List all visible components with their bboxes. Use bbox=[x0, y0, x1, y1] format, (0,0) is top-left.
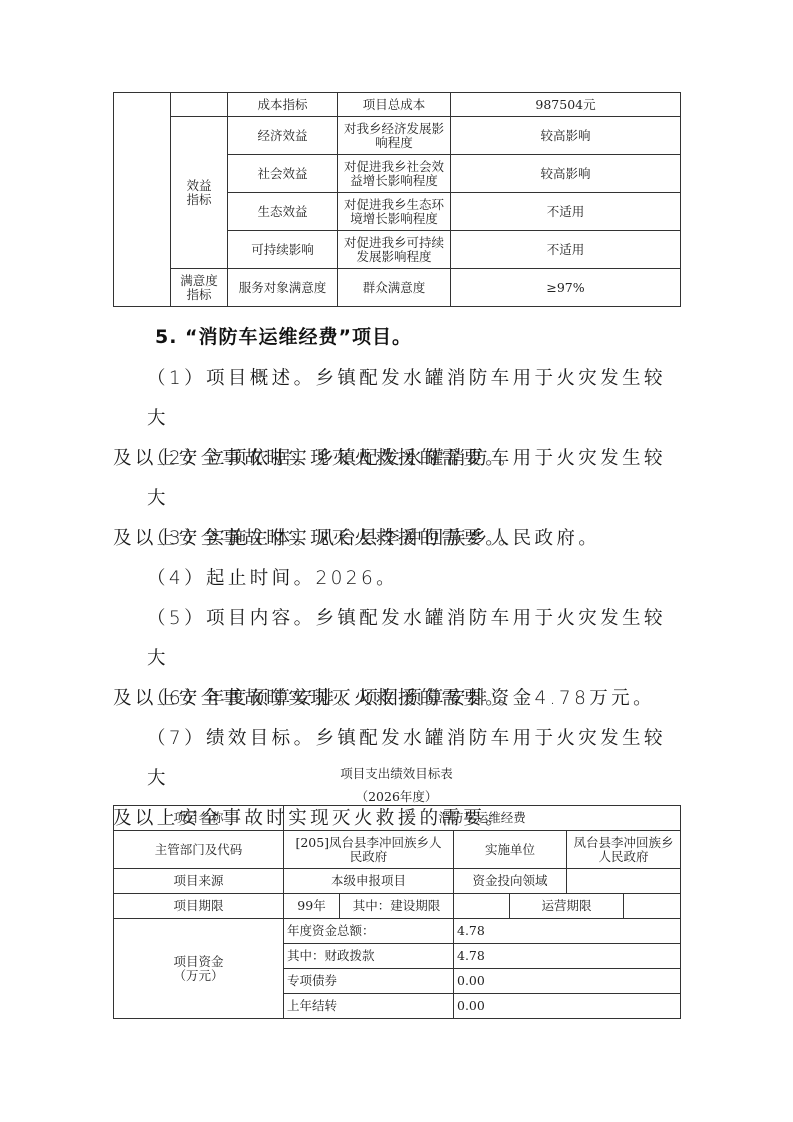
period-value: 99年 bbox=[284, 894, 340, 919]
indicator-level3-cell: 项目总成本 bbox=[338, 93, 451, 117]
project-name-value: 消防车运维经费 bbox=[284, 806, 681, 831]
ops-period-label: 运营期限 bbox=[510, 894, 624, 919]
indicator-value-cell: 较高影响 bbox=[451, 117, 681, 155]
benefit-indicator-label: 效益指标 bbox=[171, 117, 228, 269]
table-caption: 项目支出绩效目标表 bbox=[0, 764, 793, 782]
indicator-level2-cell: 成本指标 bbox=[228, 93, 338, 117]
section-heading: 5. “消防车运维经费”项目。 bbox=[155, 322, 412, 349]
paragraph-implementer: （3）实施主体。凤台县李冲回族乡人民政府。 bbox=[113, 519, 683, 559]
fund-direction-value bbox=[567, 869, 681, 894]
indicator-level3-cell: 对促进我乡可持续发展影响程度 bbox=[338, 231, 451, 269]
paragraph-line: （5）项目内容。乡镇配发水罐消防车用于火灾发生较大 bbox=[113, 599, 683, 679]
indicator-level3-cell: 对促进我乡生态环境增长影响程度 bbox=[338, 193, 451, 231]
build-period-label: 其中：建设期限 bbox=[340, 894, 454, 919]
indicator-level3-cell: 对促进我乡社会效益增长影响程度 bbox=[338, 155, 451, 193]
paragraph-line: （3）实施主体。凤台县李冲回族乡人民政府。 bbox=[113, 519, 683, 559]
ops-period-value bbox=[624, 894, 681, 919]
indicator-level2-cell: 可持续影响 bbox=[228, 231, 338, 269]
funds-row-label: 专项债券 bbox=[284, 969, 454, 994]
fund-direction-label: 资金投向领域 bbox=[454, 869, 567, 894]
funds-row-value: 4.78 bbox=[454, 944, 681, 969]
funds-row-label: 年度资金总额： bbox=[284, 919, 454, 944]
funds-row-value: 4.78 bbox=[454, 919, 681, 944]
project-expenditure-performance-table: 项目名称 消防车运维经费 主管部门及代码 [205]凤台县李冲回族乡人民政府 实… bbox=[113, 805, 681, 1019]
performance-indicator-table-continued: 成本指标 项目总成本 987504元 效益指标 经济效益 对我乡经济发展影响程度… bbox=[113, 92, 681, 307]
indicator-level2-cell: 生态效益 bbox=[228, 193, 338, 231]
indicator-value-cell: 不适用 bbox=[451, 193, 681, 231]
satisfaction-indicator-label: 满意度指标 bbox=[171, 269, 228, 307]
funds-row-value: 0.00 bbox=[454, 994, 681, 1019]
paragraph-period: （4）起止时间。2026。 bbox=[113, 559, 683, 599]
indicator-level2-cell: 经济效益 bbox=[228, 117, 338, 155]
paragraph-line: （4）起止时间。2026。 bbox=[113, 559, 683, 599]
period-label: 项目期限 bbox=[114, 894, 284, 919]
indicator-value-cell: 不适用 bbox=[451, 231, 681, 269]
build-period-value bbox=[454, 894, 510, 919]
paragraph-budget: （6）年度预算安排。项目预算安排资金4.78万元。 bbox=[113, 679, 683, 719]
dept-label: 主管部门及代码 bbox=[114, 831, 284, 869]
impl-unit-label: 实施单位 bbox=[454, 831, 567, 869]
funds-label-line2: （万元） bbox=[116, 969, 281, 983]
project-name-label: 项目名称 bbox=[114, 806, 284, 831]
paragraph-line: （6）年度预算安排。项目预算安排资金4.78万元。 bbox=[113, 679, 683, 719]
funds-row-label: 上年结转 bbox=[284, 994, 454, 1019]
table-subcaption: （2026年度） bbox=[0, 787, 793, 805]
indicator-value-cell: ≥97% bbox=[451, 269, 681, 307]
funds-row-value: 0.00 bbox=[454, 969, 681, 994]
indicator-level2-cell: 社会效益 bbox=[228, 155, 338, 193]
indicator-category-cell bbox=[114, 93, 171, 307]
funds-label: 项目资金 （万元） bbox=[114, 919, 284, 1019]
indicator-value-cell: 987504元 bbox=[451, 93, 681, 117]
source-value: 本级申报项目 bbox=[284, 869, 454, 894]
indicator-level2-cell: 服务对象满意度 bbox=[228, 269, 338, 307]
paragraph-line: （2）立项依据。乡镇配发水罐消防车用于火灾发生较大 bbox=[113, 439, 683, 519]
indicator-value-cell: 较高影响 bbox=[451, 155, 681, 193]
indicator-level3-cell: 群众满意度 bbox=[338, 269, 451, 307]
funds-row-label: 其中：财政拨款 bbox=[284, 944, 454, 969]
paragraph-line: （1）项目概述。乡镇配发水罐消防车用于火灾发生较大 bbox=[113, 359, 683, 439]
indicator-level1-cell bbox=[171, 93, 228, 117]
funds-label-line1: 项目资金 bbox=[116, 955, 281, 969]
indicator-level3-cell: 对我乡经济发展影响程度 bbox=[338, 117, 451, 155]
source-label: 项目来源 bbox=[114, 869, 284, 894]
impl-unit-value: 凤台县李冲回族乡人民政府 bbox=[567, 831, 681, 869]
dept-value: [205]凤台县李冲回族乡人民政府 bbox=[284, 831, 454, 869]
